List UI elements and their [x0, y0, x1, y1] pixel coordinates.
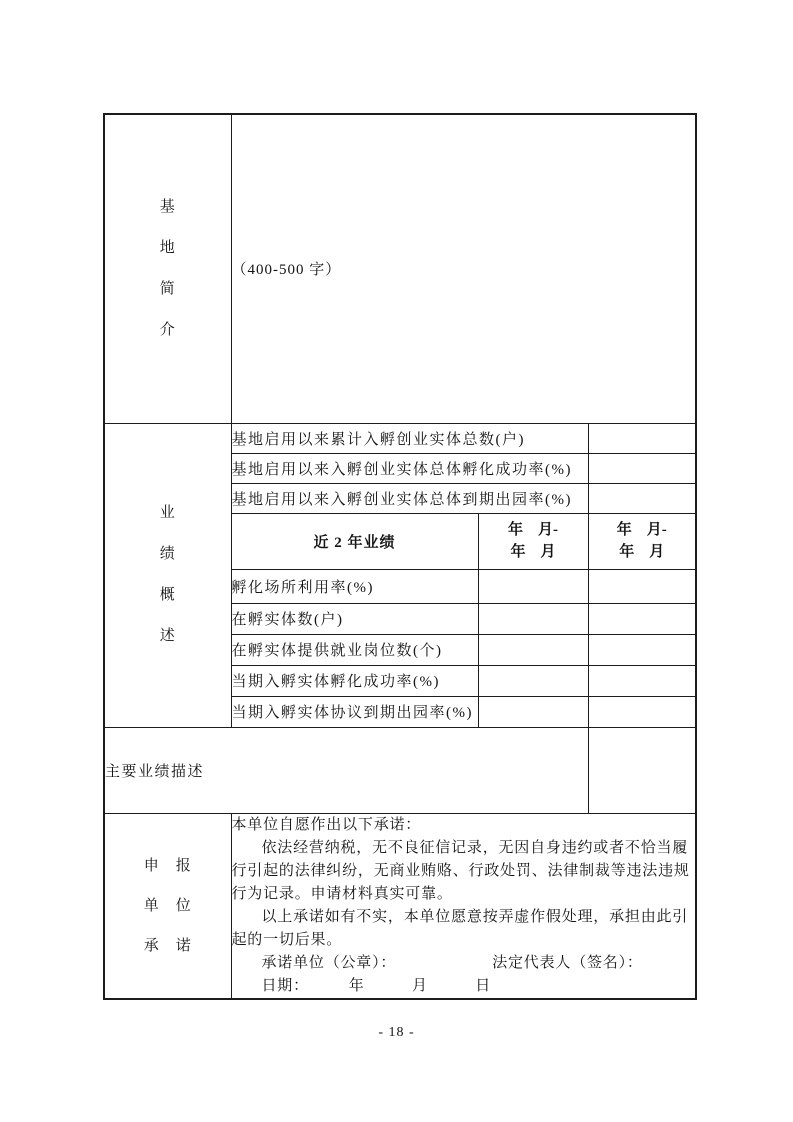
metric-value-utilization-p2 [588, 569, 696, 603]
base-intro-text-cell: （400-500 字） [231, 114, 696, 423]
representative-label: 法定代表人（签名）： [492, 952, 643, 975]
metric-value-success-rate-p2 [588, 665, 696, 696]
metric-value-entity-count-p2 [588, 603, 696, 634]
section-header-performance: 业 绩 概 述 [104, 423, 231, 727]
commitment-paragraph-2: 以上承诺如有不实，本单位愿意按弄虚作假处理，承担由此引起的一切后果。 [232, 906, 696, 952]
cumulative-value-total-entities [588, 423, 696, 453]
metric-label-exit-rate: 当期入孵实体协议到期出园率(%) [231, 696, 478, 727]
section-header-base-intro: 基 地 简 介 [104, 114, 231, 423]
metric-value-utilization-p1 [478, 569, 588, 603]
date-line: 日期： 年 月 日 [232, 975, 696, 998]
period-column-2-header: 年 月- 年 月 [588, 513, 696, 569]
cumulative-value-success-rate [588, 453, 696, 483]
cumulative-label-exit-rate: 基地启用以来入孵创业实体总体到期出园率(%) [231, 483, 588, 513]
commitment-paragraph-1: 依法经营纳税，无不良征信记录，无因自身违约或者不恰当履行引起的法律纠纷，无商业贿… [232, 837, 696, 906]
cumulative-label-success-rate: 基地启用以来入孵创业实体总体孵化成功率(%) [231, 453, 588, 483]
metric-label-entity-count: 在孵实体数(户) [231, 603, 478, 634]
period-column-1-header: 年 月- 年 月 [478, 513, 588, 569]
application-form-table: 基 地 简 介 （400-500 字） 业 绩 概 述 基地启用以来累计入孵创业… [103, 113, 697, 1000]
metric-label-jobs: 在孵实体提供就业岗位数(个) [231, 634, 478, 665]
word-count-hint: （400-500 字） [232, 262, 342, 278]
cumulative-row-1: 业 绩 概 述 基地启用以来累计入孵创业实体总数(户) [104, 423, 696, 453]
metric-label-success-rate: 当期入孵实体孵化成功率(%) [231, 665, 478, 696]
main-performance-description-cell: 主要业绩描述 [104, 727, 588, 813]
signature-row: 承诺单位（公章）： 法定代表人（签名）： [232, 952, 696, 975]
base-intro-row: 基 地 简 介 （400-500 字） [104, 114, 696, 423]
recent-performance-title: 近 2 年业绩 [231, 513, 478, 569]
main-performance-description-row: 主要业绩描述 [104, 727, 696, 813]
seal-label: 承诺单位（公章）： [262, 952, 397, 975]
cumulative-value-exit-rate [588, 483, 696, 513]
metric-value-jobs-p1 [478, 634, 588, 665]
metric-value-jobs-p2 [588, 634, 696, 665]
document-page: 基 地 简 介 （400-500 字） 业 绩 概 述 基地启用以来累计入孵创业… [0, 0, 793, 1122]
commitment-row: 申 报 单 位 承 诺 本单位自愿作出以下承诺： 依法经营纳税，无不良征信记录，… [104, 813, 696, 999]
commitment-text-cell: 本单位自愿作出以下承诺： 依法经营纳税，无不良征信记录，无因自身违约或者不恰当履… [231, 813, 696, 999]
page-number: - 18 - [0, 1025, 793, 1041]
metric-label-utilization: 孵化场所利用率(%) [231, 569, 478, 603]
metric-value-exit-rate-p2 [588, 696, 696, 727]
section-header-commitment: 申 报 单 位 承 诺 [104, 813, 231, 999]
main-performance-description-label: 主要业绩描述 [105, 764, 204, 780]
metric-value-success-rate-p1 [478, 665, 588, 696]
commitment-intro: 本单位自愿作出以下承诺： [232, 814, 696, 837]
cumulative-label-total-entities: 基地启用以来累计入孵创业实体总数(户) [231, 423, 588, 453]
metric-value-exit-rate-p1 [478, 696, 588, 727]
metric-value-entity-count-p1 [478, 603, 588, 634]
